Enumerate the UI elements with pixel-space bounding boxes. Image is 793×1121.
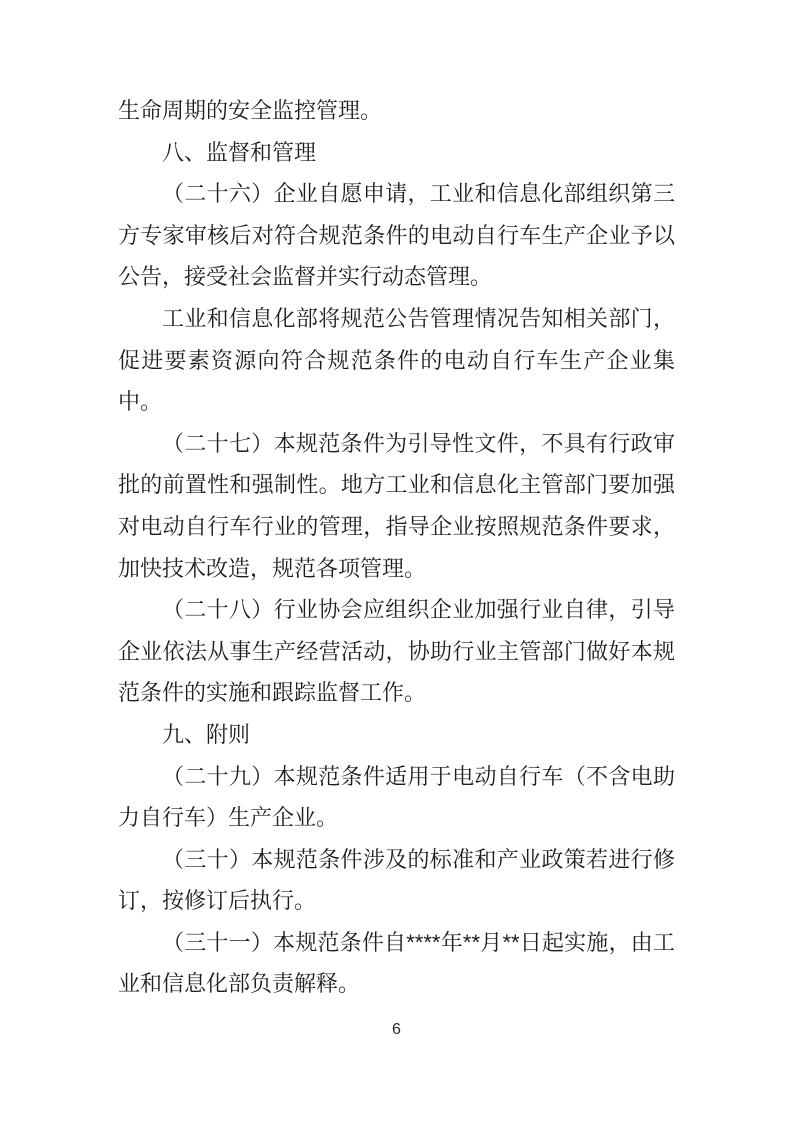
clause-paragraph: （二十八）行业协会应组织企业加强行业自律，引导企业依法从事生产经营活动，协助行业… <box>118 589 675 714</box>
document-page: 生命周期的安全监控管理。八、监督和管理（二十六）企业自愿申请，工业和信息化部组织… <box>0 0 793 1121</box>
clause-paragraph: （二十九）本规范条件适用于电动自行车（不含电助力自行车）生产企业。 <box>118 756 675 839</box>
section-heading: 九、附则 <box>118 714 675 756</box>
clause-paragraph: （三十）本规范条件涉及的标准和产业政策若进行修订，按修订后执行。 <box>118 839 675 922</box>
clause-paragraph: （三十一）本规范条件自****年**月**日起实施，由工业和信息化部负责解释。 <box>118 922 675 1005</box>
clause-paragraph: （二十七）本规范条件为引导性文件，不具有行政审批的前置性和强制性。地方工业和信息… <box>118 423 675 589</box>
document-text-block: 生命周期的安全监控管理。八、监督和管理（二十六）企业自愿申请，工业和信息化部组织… <box>118 90 675 1005</box>
clause-paragraph: （二十六）企业自愿申请，工业和信息化部组织第三方专家审核后对符合规范条件的电动自… <box>118 173 675 298</box>
page-number: 6 <box>392 1021 401 1038</box>
paragraph-continuation: 生命周期的安全监控管理。 <box>118 90 675 132</box>
clause-paragraph: 工业和信息化部将规范公告管理情况告知相关部门，促进要素资源向符合规范条件的电动自… <box>118 298 675 423</box>
page-footer: 6 <box>0 1021 793 1039</box>
section-heading: 八、监督和管理 <box>118 132 675 174</box>
